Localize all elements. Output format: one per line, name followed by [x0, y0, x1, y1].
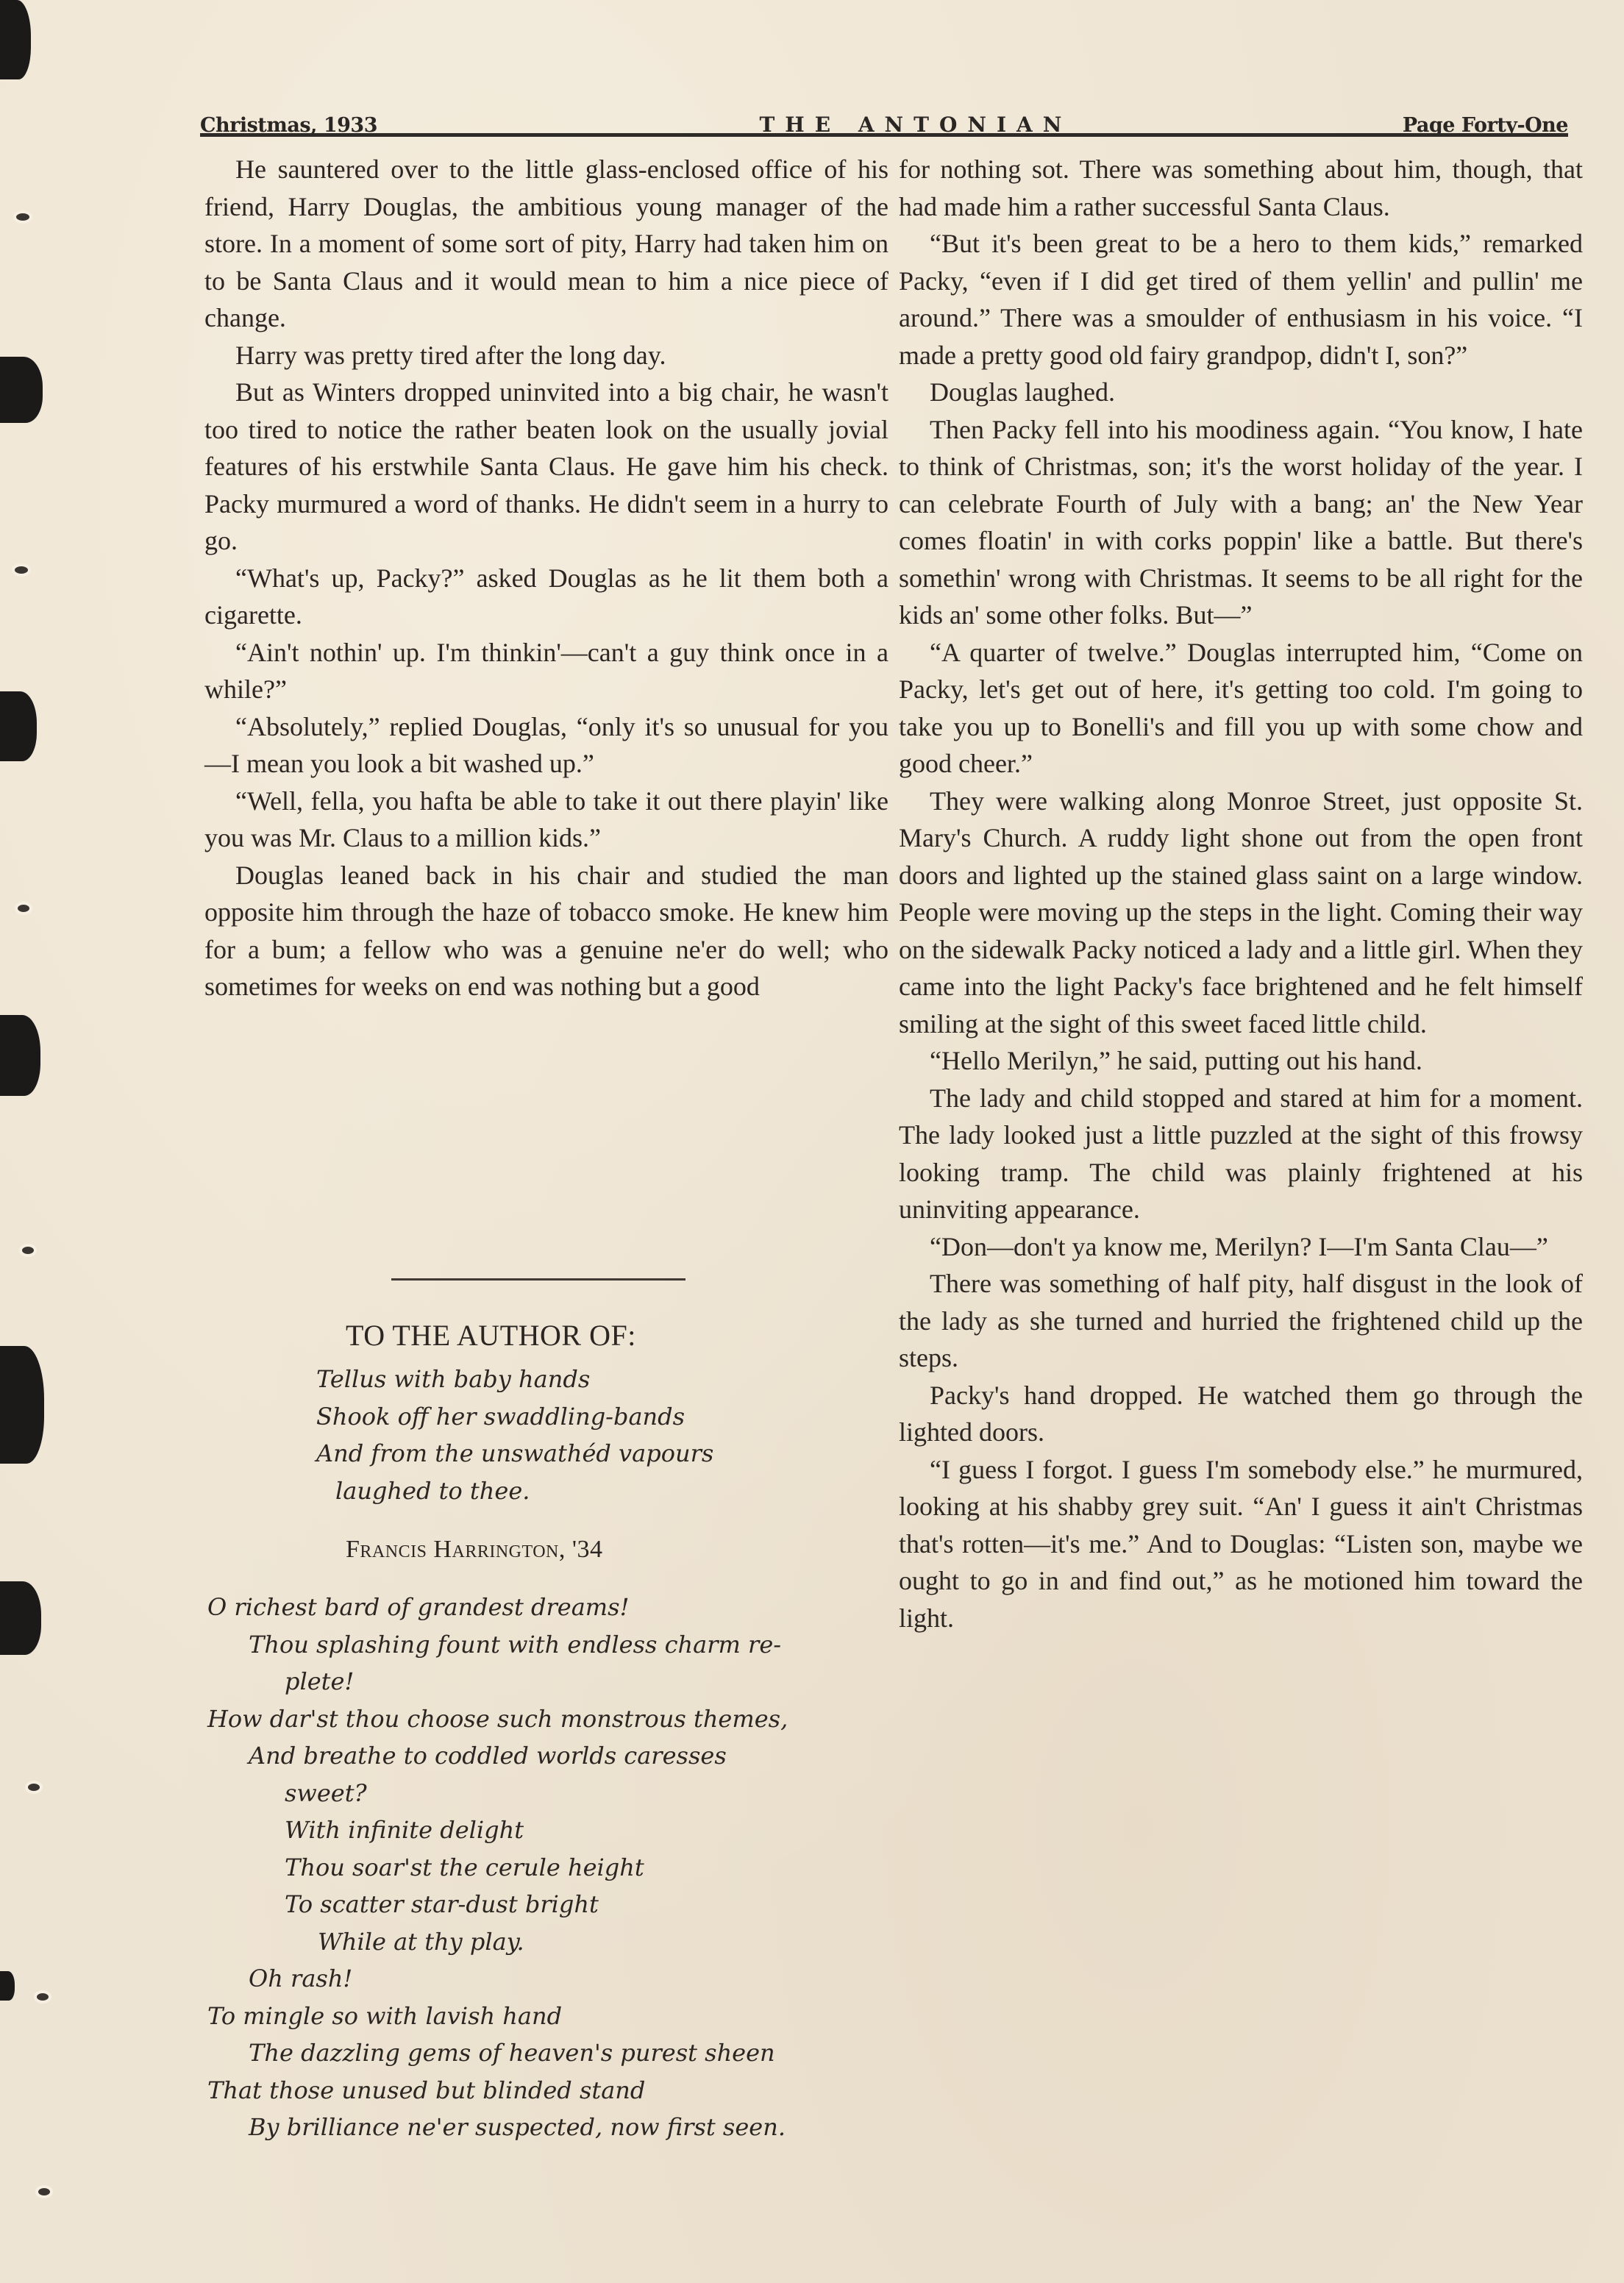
poem-line: While at thy play.	[207, 1923, 869, 1961]
epigraph-line: Shook off her swaddling-bands	[316, 1398, 713, 1436]
section-divider	[391, 1278, 685, 1281]
paragraph: Douglas laughed.	[899, 374, 1583, 411]
paragraph: “Don—don't ya know me, Merilyn? I—I'm Sa…	[899, 1228, 1583, 1266]
paragraph: Then Packy fell into his moodiness again…	[899, 411, 1583, 634]
binding-hole	[15, 566, 28, 574]
poem-line: And breathe to coddled worlds caresses	[207, 1737, 869, 1775]
poem-author: Francis Harrington, '34	[346, 1536, 603, 1564]
poem-epigraph: Tellus with baby hands Shook off her swa…	[316, 1361, 713, 1509]
poem-line: Thou splashing fount with endless charm …	[207, 1626, 869, 1664]
paragraph: They were walking along Monroe Street, j…	[899, 783, 1583, 1043]
epigraph-line: Tellus with baby hands	[316, 1361, 713, 1398]
paragraph: “Ain't nothin' up. I'm thinkin'—can't a …	[204, 634, 888, 708]
paragraph: “Well, fella, you hafta be able to take …	[204, 783, 888, 857]
binding-hole	[28, 1784, 40, 1791]
paragraph: Harry was pretty tired after the long da…	[204, 337, 888, 374]
torn-edge	[0, 1581, 41, 1655]
torn-edge	[0, 0, 31, 79]
poem-title: TO THE AUTHOR OF:	[346, 1318, 636, 1353]
paragraph: But as Winters dropped uninvited into a …	[204, 374, 888, 560]
binding-hole	[16, 213, 29, 221]
poem-line: How dar'st thou choose such monstrous th…	[207, 1700, 869, 1738]
running-header: Christmas, 1933 THE ANTONIAN Page Forty-…	[200, 107, 1568, 137]
binding-hole	[22, 1247, 34, 1254]
poem-line: Oh rash!	[207, 1960, 869, 1998]
paragraph: “Absolutely,” replied Douglas, “only it'…	[204, 708, 888, 783]
paragraph: Douglas leaned back in his chair and stu…	[204, 857, 888, 1005]
poem-line: That those unused but blinded stand	[207, 2072, 869, 2109]
paragraph: for nothing sot. There was something abo…	[899, 151, 1583, 225]
poem-line: To mingle so with lavish hand	[207, 1998, 869, 2035]
torn-edge	[0, 691, 37, 761]
poem-line: plete!	[207, 1663, 869, 1700]
binding-hole	[37, 1993, 49, 2001]
epigraph-line: And from the unswathéd vapours	[316, 1435, 713, 1472]
paragraph: “But it's been great to be a hero to the…	[899, 225, 1583, 374]
poem-line: By brilliance ne'er suspected, now first…	[207, 2109, 869, 2146]
torn-edge	[0, 1346, 44, 1464]
story-column-right: for nothing sot. There was something abo…	[899, 151, 1583, 1636]
header-rule	[200, 133, 1568, 137]
paragraph: There was something of half pity, half d…	[899, 1265, 1583, 1377]
paragraph: Packy's hand dropped. He watched them go…	[899, 1377, 1583, 1451]
binding-hole	[18, 905, 29, 912]
poem-line: sweet?	[207, 1775, 869, 1812]
paragraph: “A quarter of twelve.” Douglas interrupt…	[899, 634, 1583, 783]
poem-line: The dazzling gems of heaven's purest she…	[207, 2034, 869, 2072]
paragraph: He sauntered over to the little glass-en…	[204, 151, 888, 337]
paragraph: “What's up, Packy?” asked Douglas as he …	[204, 560, 888, 634]
poem-body: O richest bard of grandest dreams! Thou …	[207, 1589, 869, 2146]
binding-hole	[38, 2188, 50, 2195]
paragraph: “I guess I forgot. I guess I'm somebody …	[899, 1451, 1583, 1637]
poem-line: With infinite delight	[207, 1812, 869, 1849]
story-column-left: He sauntered over to the little glass-en…	[204, 151, 888, 1005]
poem-line: Thou soar'st the cerule height	[207, 1849, 869, 1887]
torn-edge	[0, 1015, 40, 1096]
poem-line: O richest bard of grandest dreams!	[207, 1589, 869, 1626]
torn-edge	[0, 1971, 15, 2001]
paragraph: “Hello Merilyn,” he said, putting out hi…	[899, 1042, 1583, 1080]
paragraph: The lady and child stopped and stared at…	[899, 1080, 1583, 1228]
poem-line: To scatter star-dust bright	[207, 1886, 869, 1923]
epigraph-line: laughed to thee.	[316, 1472, 713, 1510]
torn-edge	[0, 357, 43, 423]
